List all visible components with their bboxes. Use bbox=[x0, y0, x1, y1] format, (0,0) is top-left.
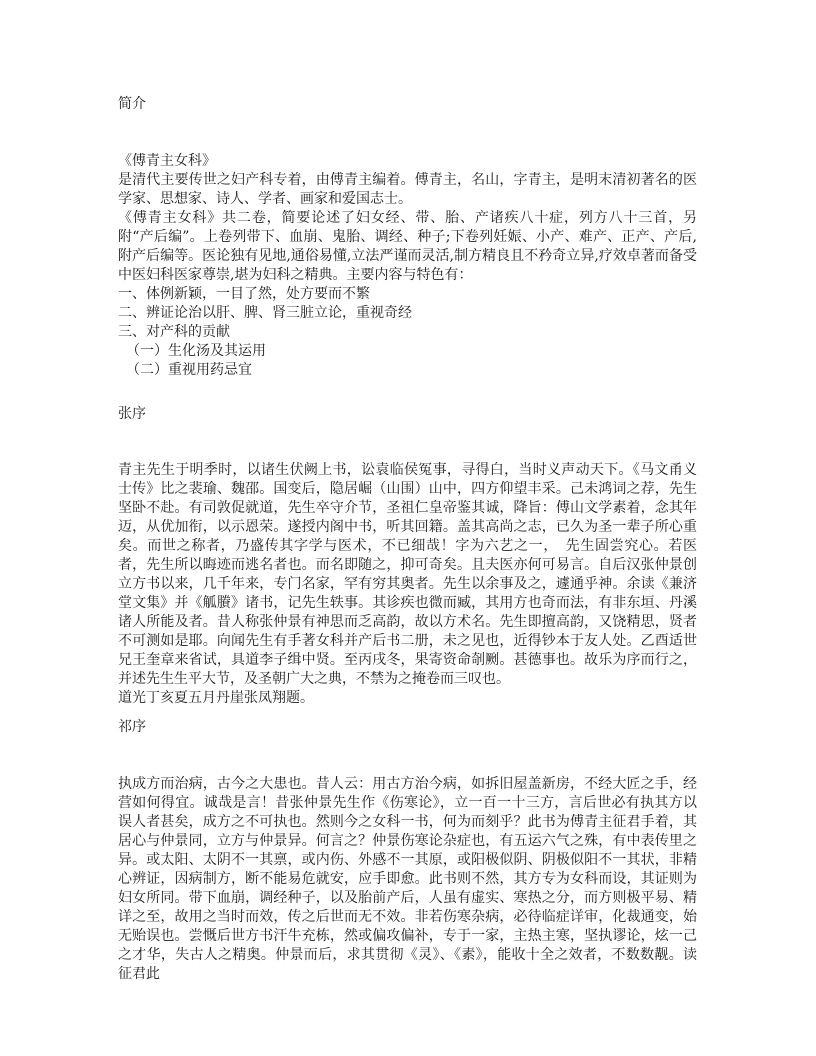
intro-section: 《傅青主女科》 是清代主要传世之妇产科专着，由傅青主编着。傅青主，名山，字青主，… bbox=[118, 152, 697, 380]
section-heading-intro: 简介 bbox=[118, 95, 697, 114]
intro-paragraph-2: 《傅青主女科》共二卷，简要论述了妇女经、带、胎、产诸疾八十症，列方八十三首，另附… bbox=[118, 209, 697, 285]
document-page: 简介 《傅青主女科》 是清代主要传世之妇产科专着，由傅青主编着。傅青主，名山，字… bbox=[0, 0, 816, 1056]
section-heading-zhang-preface: 张序 bbox=[118, 405, 697, 424]
feature-subitem-3-2: （二）重视用药忌宜 bbox=[118, 361, 697, 380]
feature-subitem-3-1: （一）生化汤及其运用 bbox=[118, 342, 697, 361]
zhang-preface-body: 青主先生于明季时，以诸生伏阙上书，讼袁临侯冤事，寻得白，当时义声动天下。《马文甬… bbox=[118, 461, 697, 689]
qi-preface-body: 执成方而治病，古今之大患也。昔人云：用古方治今病，如拆旧屋盖新房，不经大匠之手，… bbox=[118, 775, 697, 984]
zhang-preface-signature: 道光丁亥夏五月丹崖张凤翔题。 bbox=[118, 689, 697, 708]
feature-item-1: 一、体例新颖，一目了然，处方要而不繁 bbox=[118, 285, 697, 304]
feature-item-3: 三、对产科的贡献 bbox=[118, 323, 697, 342]
intro-paragraph-1: 是清代主要传世之妇产科专着，由傅青主编着。傅青主，名山，字青主，是明末清初著名的… bbox=[118, 171, 697, 209]
section-heading-qi-preface: 祁序 bbox=[118, 718, 697, 737]
feature-item-2: 二、辨证论治以肝、脾、肾三脏立论，重视奇经 bbox=[118, 304, 697, 323]
book-title: 《傅青主女科》 bbox=[118, 152, 697, 171]
